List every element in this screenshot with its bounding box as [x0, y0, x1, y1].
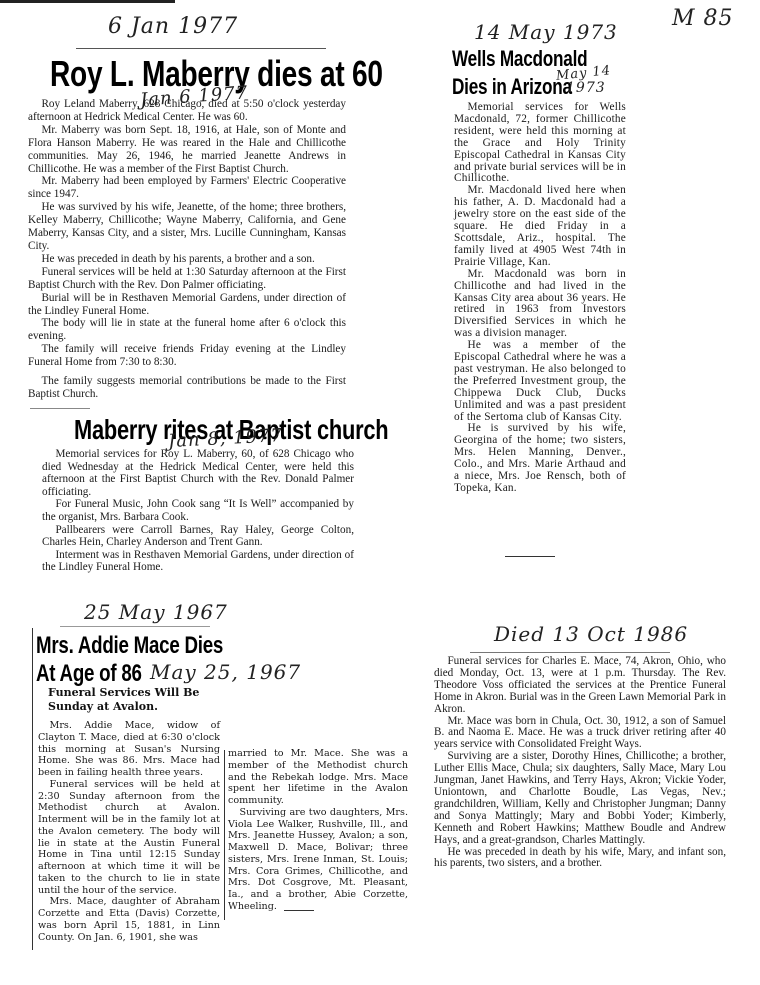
paragraph: The family suggests memorial contributio… [28, 375, 346, 401]
headline-line-1: Mrs. Addie Mace Dies [36, 632, 223, 660]
paragraph: Mr. Macdonald lived here when his father… [454, 185, 626, 268]
paragraph: He was preceded in death by his parents,… [28, 253, 346, 266]
paragraph: Mrs. Mace, daughter of Abraham Corzette … [38, 896, 220, 943]
article-body: Memorial services for Roy L. Maberry, 60… [42, 448, 354, 574]
paragraph: Pallbearers were Carroll Barnes, Ray Hal… [42, 524, 354, 549]
paragraph: Surviving are a sister, Dorothy Hines, C… [434, 751, 726, 846]
paragraph: Mr. Mace was born in Chula, Oct. 30, 191… [434, 716, 726, 752]
handwritten-date: 6 Jan 1977 [108, 14, 238, 39]
article-body: Roy Leland Maberry, 628 Chicago, died at… [28, 98, 346, 401]
divider [76, 48, 326, 49]
paragraph: Funeral services will be held at 1:30 Sa… [28, 266, 346, 292]
subheadline-line-1: Funeral Services Will Be [48, 686, 199, 700]
paragraph: The body will lie in state at the funera… [28, 317, 346, 343]
divider [60, 626, 210, 627]
article-body: Memorial services for Wells Macdonald, 7… [454, 102, 626, 495]
handwritten-date: 25 May 1967 [84, 600, 228, 624]
divider [505, 556, 555, 557]
paragraph: Mr. Maberry had been employed by Farmers… [28, 175, 346, 201]
article-column-1: Mrs. Addie Mace, widow of Clayton T. Mac… [38, 720, 220, 943]
paragraph: Surviving are two daughters, Mrs. Viola … [228, 807, 408, 913]
column-border [224, 750, 225, 920]
paragraph: The family will receive friends Friday e… [28, 343, 346, 369]
article-column-2: married to Mr. Mace. She was a member of… [228, 748, 408, 913]
paragraph: He was preceded in death by his wife, Ma… [434, 847, 726, 871]
paragraph: He is survived by his wife, Georgina of … [454, 423, 626, 494]
paragraph: He was a member of the Episcopal Cathedr… [454, 340, 626, 423]
paragraph: He was survived by his wife, Jeanette, o… [28, 201, 346, 253]
column-border [32, 628, 33, 950]
headline-line-2: At Age of 86 [36, 660, 142, 688]
article-body: Funeral services for Charles E. Mace, 74… [434, 656, 726, 870]
subheadline-line-2: Sunday at Avalon. [48, 700, 199, 714]
divider [470, 652, 670, 653]
paragraph: For Funeral Music, John Cook sang “It Is… [42, 498, 354, 523]
paragraph: Funeral services will be held at 2:30 Su… [38, 779, 220, 897]
headline-line-2: Dies in Arizona [452, 74, 572, 100]
scan-edge-line [0, 0, 175, 3]
page-mark: M 85 [672, 6, 734, 31]
paragraph: Memorial services for Wells Macdonald, 7… [454, 102, 626, 185]
paragraph: Burial will be in Resthaven Memorial Gar… [28, 292, 346, 318]
paragraph: Mr. Maberry was born Sept. 18, 1916, at … [28, 124, 346, 176]
handwritten-inline-date: May 25, 1967 [150, 660, 301, 684]
subheadline: Funeral Services Will Be Sunday at Avalo… [48, 686, 199, 714]
paragraph: Memorial services for Roy L. Maberry, 60… [42, 448, 354, 498]
paragraph: married to Mr. Mace. She was a member of… [228, 748, 408, 807]
paragraph: Roy Leland Maberry, 628 Chicago, died at… [28, 98, 346, 124]
handwritten-date: 14 May 1973 [474, 20, 618, 44]
paragraph: Interment was in Resthaven Memorial Gard… [42, 549, 354, 574]
divider [30, 408, 90, 409]
divider [284, 910, 314, 911]
paragraph: Funeral services for Charles E. Mace, 74… [434, 656, 726, 716]
handwritten-inline-date-2: 1973 [566, 80, 606, 96]
paragraph: Mr. Macdonald was born in Chillicothe an… [454, 269, 626, 340]
paragraph: Mrs. Addie Mace, widow of Clayton T. Mac… [38, 720, 220, 779]
handwritten-date: Died 13 Oct 1986 [494, 622, 688, 646]
